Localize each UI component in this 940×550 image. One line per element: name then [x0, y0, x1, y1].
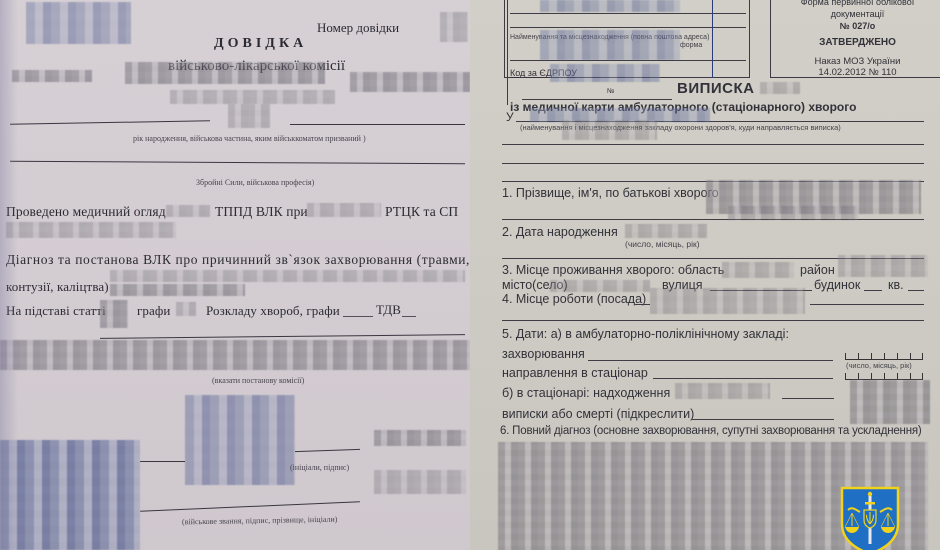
redacted-district	[838, 255, 928, 277]
caption-birthdate: (число, місяць, рік)	[625, 239, 700, 249]
to-prefix: У	[506, 110, 514, 124]
redacted-name	[12, 70, 92, 82]
field-3-label: 3. Місце проживання хворого: область	[502, 263, 724, 277]
redacted-workplace	[650, 288, 805, 314]
field-3-house: будинок	[814, 278, 860, 292]
field-1-label: 1. Прізвище, ім'я, по батькові хворого	[502, 186, 719, 200]
date-boxes	[845, 351, 923, 360]
field-5-illness: захворювання	[502, 347, 585, 361]
redacted-seal	[185, 395, 295, 485]
caption-signature: (ініціали, підпис)	[290, 463, 349, 472]
underline	[810, 304, 924, 305]
form-line-1: Форма первинної облікової	[770, 0, 940, 7]
prosecutor-emblem-icon	[838, 486, 902, 550]
underline	[502, 320, 924, 321]
underline	[100, 334, 465, 339]
certificate-number-label: Номер довідки	[317, 20, 399, 36]
field-5-inpatient: б) в стаціонарі: надходження	[502, 386, 670, 400]
redacted-diagnosis	[110, 284, 245, 296]
vlk-certificate: Номер довідки ДОВІДКА військово-лікарськ…	[0, 0, 470, 550]
field-3-apartment: кв.	[888, 278, 904, 292]
underline	[10, 120, 210, 124]
underline	[692, 419, 834, 420]
redacted-city	[550, 280, 650, 292]
field-6-label: 6. Повний діагноз (основне захворювання,…	[500, 425, 922, 437]
field-4-label: 4. Місце роботи (посада)	[502, 292, 646, 306]
field-5-label: 5. Дати: а) в амбулаторно-поліклінічному…	[502, 327, 789, 341]
field-5-referral: направлення в стаціонар	[502, 366, 648, 380]
underline	[402, 316, 416, 317]
underline	[502, 219, 924, 220]
caption-birth: рік народження, військова частина, яким …	[133, 134, 366, 143]
basis-tdv: ТДВ	[376, 302, 401, 318]
field-2-label: 2. Дата народження	[502, 225, 618, 239]
certificate-title: ДОВІДКА	[214, 36, 307, 52]
underline	[510, 27, 746, 28]
redacted-stamp	[26, 2, 131, 44]
exam-line-suffix: РТЦК та СП	[385, 204, 458, 220]
underline	[343, 316, 373, 317]
redacted-location	[6, 222, 176, 238]
redacted-facility	[562, 120, 657, 140]
exam-line-prefix: Проведено медичний огляд	[6, 204, 166, 220]
field-3-district: район	[800, 263, 835, 277]
caption-decision: (вказати постанову комісії)	[212, 376, 304, 385]
underline	[10, 161, 465, 164]
pen-line	[507, 0, 508, 105]
redacted-office	[307, 203, 381, 217]
redacted-unit	[228, 104, 270, 128]
underline	[510, 13, 746, 14]
caption-date-illness: (число, місяць, рік)	[846, 361, 912, 370]
redacted-region	[722, 262, 794, 278]
basis-graph1: графи	[137, 303, 170, 319]
redacted-diagnosis	[110, 270, 465, 282]
redacted-patient-name	[728, 206, 858, 220]
redacted-date	[166, 205, 210, 217]
redacted-code	[550, 64, 660, 82]
redacted-number	[760, 82, 800, 94]
redacted-institution	[540, 0, 680, 12]
redacted-admission	[675, 383, 770, 399]
approved-label: ЗАТВЕРДЖЕНО	[770, 37, 940, 48]
redacted-stamp	[0, 440, 140, 550]
underline	[588, 360, 833, 361]
underline	[502, 163, 924, 164]
diagnosis-line-1: Діагноз та постанова ВЛК про причинний з…	[6, 252, 470, 268]
document-photo: Номер довідки ДОВІДКА військово-лікарськ…	[0, 0, 940, 550]
redacted-dates	[850, 380, 930, 424]
extract-title: ВИПИСКА	[677, 80, 755, 97]
redacted-name	[374, 430, 466, 446]
redacted-graph	[176, 302, 196, 316]
underline	[653, 378, 833, 379]
form-number: № 027/о	[770, 21, 940, 31]
redacted-name	[374, 470, 466, 494]
redacted-name	[125, 62, 325, 84]
underline	[864, 290, 882, 291]
redacted-birth	[170, 90, 335, 104]
redacted-article	[100, 300, 128, 328]
redacted-institution	[540, 30, 680, 60]
redacted-unit	[350, 72, 470, 92]
form-line-2: документації	[770, 9, 940, 19]
basis-prefix: На підставі статті	[6, 303, 106, 319]
signature-line	[295, 449, 360, 452]
redacted-birthdate	[625, 224, 707, 238]
underline	[908, 290, 924, 291]
field-5-discharge: виписки або смерті (підкреслити)	[502, 407, 694, 421]
diagnosis-line-2: контузії, каліцтва)	[6, 279, 109, 295]
underline	[510, 60, 746, 61]
pen-line	[712, 0, 713, 78]
underline	[290, 124, 465, 125]
redacted-decision	[0, 340, 470, 370]
form-caption: форма	[680, 42, 702, 49]
signature-line	[140, 461, 185, 462]
medical-extract-027o: Найменування та місцезнаходження (повна …	[470, 0, 940, 550]
caption-branch: Збройні Сили, військова професія)	[196, 178, 314, 187]
order-line-1: Наказ МОЗ України	[770, 56, 940, 67]
basis-middle: Розкладу хвороб, графи	[206, 303, 340, 319]
number-prefix: №	[607, 88, 615, 95]
order-line-2: 14.02.2012 № 110	[770, 67, 940, 78]
redacted-number	[440, 12, 468, 42]
underline	[782, 398, 834, 399]
exam-line-middle: ТППД ВЛК при	[215, 204, 308, 220]
caption-rank: (військове звання, підпис, прізвище, іні…	[182, 515, 338, 527]
underline	[635, 304, 650, 305]
signature-line	[140, 501, 360, 512]
underline	[502, 144, 924, 145]
date-boxes	[845, 371, 923, 380]
